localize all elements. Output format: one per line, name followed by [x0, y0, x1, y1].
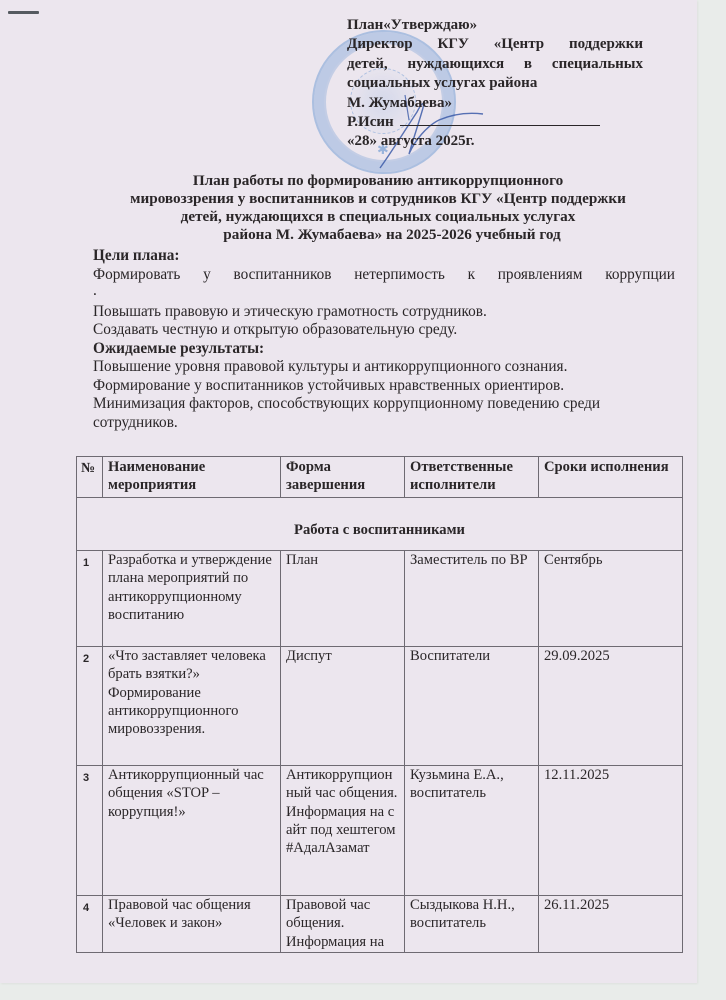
row-form: Антикоррупционный час общения. Информаци…	[281, 766, 405, 896]
result-item: Формирование у воспитанников устойчивых …	[93, 377, 675, 396]
section-row: Работа с воспитанниками	[77, 498, 683, 551]
row-num: 4	[77, 896, 103, 953]
table-row: 4 Правовой час общения «Человек и закон»…	[77, 896, 683, 953]
approval-position: Директор КГУ «Центр поддержки	[347, 35, 643, 54]
approval-org-line: М. Жумабаева»	[347, 94, 643, 113]
result-item: сотрудников.	[93, 414, 675, 433]
plan-table: № Наименование мероприятия Форма заверше…	[76, 456, 683, 953]
goal-item: Формировать у воспитанников нетерпимость…	[93, 266, 675, 285]
title-line: мировоззрения у воспитанников и сотрудни…	[88, 190, 668, 208]
row-deadline: 29.09.2025	[539, 647, 683, 766]
header-name: Наименование мероприятия	[103, 457, 281, 498]
approval-date: «28» августа 2025г.	[347, 132, 643, 151]
row-name: «Что заставляет человека брать взятки?» …	[103, 647, 281, 766]
row-num: 1	[77, 551, 103, 647]
signer-name: Р.Исин	[347, 114, 394, 130]
approval-block: План«Утверждаю» Директор КГУ «Центр подд…	[347, 16, 643, 152]
goal-item: Повышать правовую и этическую грамотност…	[93, 303, 675, 322]
row-name: Правовой час общения «Человек и закон»	[103, 896, 281, 953]
approval-org-line: детей, нуждающихся в специальных	[347, 55, 643, 74]
row-name: Антикоррупционный час общения «STOP – ко…	[103, 766, 281, 896]
row-name: Разработка и утверждение плана мероприят…	[103, 551, 281, 647]
title-line: детей, нуждающихся в специальных социаль…	[88, 208, 668, 226]
title-line: План работы по формированию антикоррупци…	[88, 172, 668, 190]
row-responsible: Сыздыкова Н.Н., воспитатель	[405, 896, 539, 953]
row-form: План	[281, 551, 405, 647]
result-item: Повышение уровня правовой культуры и ант…	[93, 358, 675, 377]
approval-org-line: социальных услугах района	[347, 74, 643, 93]
scan-mark	[8, 11, 39, 14]
section-title: Работа с воспитанниками	[77, 498, 683, 551]
row-deadline: 26.11.2025	[539, 896, 683, 953]
row-form: Диспут	[281, 647, 405, 766]
document-title: План работы по формированию антикоррупци…	[88, 172, 668, 244]
table-row: 1 Разработка и утверждение плана меропри…	[77, 551, 683, 647]
header-deadline: Сроки исполнения	[539, 457, 683, 498]
row-deadline: 12.11.2025	[539, 766, 683, 896]
row-responsible: Заместитель по ВР	[405, 551, 539, 647]
header-responsible: Ответственные исполнители	[405, 457, 539, 498]
header-num: №	[77, 457, 103, 498]
row-num: 2	[77, 647, 103, 766]
approval-signer-row: Р.Исин	[347, 113, 643, 132]
goal-item: .	[93, 284, 675, 303]
title-line: района М. Жумабаева» на 2025-2026 учебны…	[88, 226, 668, 244]
row-responsible: Кузьмина Е.А., воспитатель	[405, 766, 539, 896]
table-row: 2 «Что заставляет человека брать взятки?…	[77, 647, 683, 766]
results-heading: Ожидаемые результаты:	[93, 340, 675, 359]
plan-body: Цели плана: Формировать у воспитанников …	[93, 247, 675, 432]
result-item: Минимизация факторов, способствующих кор…	[93, 395, 675, 414]
header-form: Форма завершения	[281, 457, 405, 498]
approval-heading: План«Утверждаю»	[347, 16, 643, 35]
row-responsible: Воспитатели	[405, 647, 539, 766]
row-form: Правовой час общения. Информация на	[281, 896, 405, 953]
signature-line	[400, 113, 600, 126]
table-header-row: № Наименование мероприятия Форма заверше…	[77, 457, 683, 498]
table-row: 3 Антикоррупционный час общения «STOP – …	[77, 766, 683, 896]
row-deadline: Сентябрь	[539, 551, 683, 647]
goals-heading: Цели плана:	[93, 247, 675, 266]
goal-item: Создавать честную и открытую образовател…	[93, 321, 675, 340]
document-page: ✱ План«Утверждаю» Директор КГУ «Центр по…	[0, 0, 697, 983]
row-num: 3	[77, 766, 103, 896]
